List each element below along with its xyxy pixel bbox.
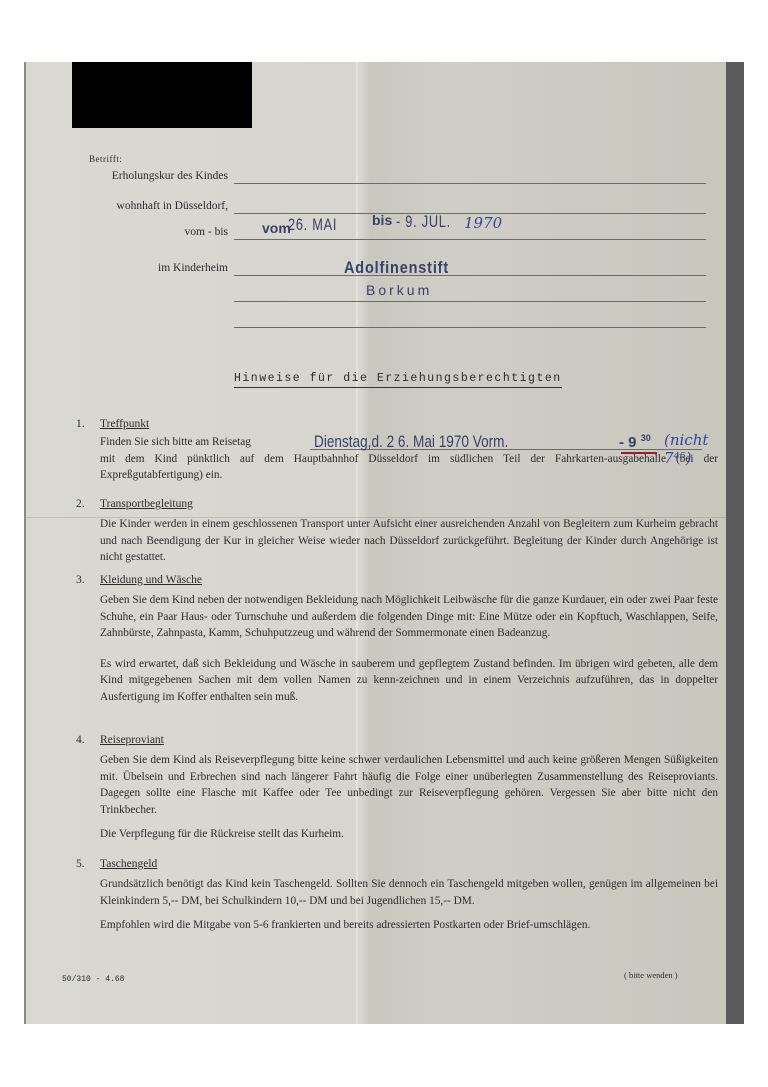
section-name: Taschengeld <box>100 858 157 870</box>
betrifft-label: Betrifft: <box>89 154 122 164</box>
section-number: 1. <box>76 418 100 430</box>
form-line <box>234 275 706 276</box>
document-page: Betrifft: Erholungskur des Kindes wohnha… <box>24 62 726 1024</box>
redacted-block <box>72 62 252 128</box>
section-paragraph: Empfohlen wird die Mitgabe von 5-6 frank… <box>100 917 718 934</box>
section-paragraph: Geben Sie dem Kind als Reiseverpflegung … <box>100 752 718 818</box>
page-heading: Hinweise für die Erziehungsberechtigten <box>234 372 562 388</box>
section-title: 2.Transportbegleitung <box>76 498 726 510</box>
section-name: Treffpunkt <box>100 418 149 430</box>
stay-year-handwritten: 1970 <box>464 214 502 232</box>
form-label: vom - bis <box>185 226 228 238</box>
section-name: Reiseproviant <box>100 734 164 746</box>
section-name: Kleidung und Wäsche <box>100 574 202 586</box>
stay-to-date: - 9. JUL. <box>396 212 451 232</box>
section-paragraph: mit dem Kind pünktlich auf dem Hauptbahn… <box>100 451 718 484</box>
section-treffpunkt: 1.Treffpunkt Finden Sie sich bitte am Re… <box>76 418 726 484</box>
form-line <box>234 239 706 240</box>
section-number: 4. <box>76 734 100 746</box>
section-paragraph: Die Verpflegung für die Rückreise stellt… <box>100 826 718 843</box>
form-code: 50/310 - 4.68 <box>62 975 124 984</box>
form-line <box>234 183 706 184</box>
stay-to-prefix: bis <box>372 212 392 228</box>
section-number: 2. <box>76 498 100 510</box>
form-row-kur: Erholungskur des Kindes <box>26 166 726 186</box>
section-number: 5. <box>76 858 100 870</box>
section-title: 5.Taschengeld <box>76 858 726 870</box>
section-number: 3. <box>76 574 100 586</box>
red-underline <box>621 452 657 454</box>
departure-time: - 9 30 <box>619 433 651 451</box>
kinderheim-stamp-place: Borkum <box>366 282 432 298</box>
section-reiseproviant: 4.Reiseproviant Geben Sie dem Kind als R… <box>76 734 726 843</box>
form-line <box>234 301 706 302</box>
section-paragraph: Geben Sie dem Kind neben der notwendigen… <box>100 592 718 642</box>
kinderheim-stamp-name: Adolfinenstift <box>344 258 449 278</box>
section-taschengeld: 5.Taschengeld Grundsätzlich benötigt das… <box>76 858 726 934</box>
section-title: 4.Reiseproviant <box>76 734 726 746</box>
section-title: 1.Treffpunkt <box>76 418 726 430</box>
section-transportbegleitung: 2.Transportbegleitung Die Kinder werden … <box>76 498 726 566</box>
section-paragraph: Es wird erwartet, daß sich Bekleidung un… <box>100 656 718 706</box>
form-label: wohnhaft in Düsseldorf, <box>117 200 228 212</box>
section-name: Transportbegleitung <box>100 498 193 510</box>
section-title: 3.Kleidung und Wäsche <box>76 574 726 586</box>
form-label: im Kinderheim <box>158 262 228 274</box>
handwritten-note: (nicht 7⁴⁵) <box>664 431 726 467</box>
departure-minutes: 30 <box>641 433 651 443</box>
departure-hour: - 9 <box>619 434 637 451</box>
section-kleidung: 3.Kleidung und Wäsche Geben Sie dem Kind… <box>76 574 726 705</box>
form-row-blank <box>26 310 726 330</box>
section-paragraph: Die Kinder werden in einem geschlossenen… <box>100 516 718 566</box>
reisetag-stamp: Dienstag,d. 2 6. Mai 1970 Vorm. <box>314 432 508 452</box>
stay-from-date: 26. MAI <box>288 215 337 235</box>
turn-page-note: ( bitte wenden ) <box>624 970 678 980</box>
form-label: Erholungskur des Kindes <box>112 170 228 182</box>
section-paragraph: Grundsätzlich benötigt das Kind kein Tas… <box>100 876 718 909</box>
stay-from-prefix: vom <box>262 220 291 236</box>
form-line <box>234 327 706 328</box>
